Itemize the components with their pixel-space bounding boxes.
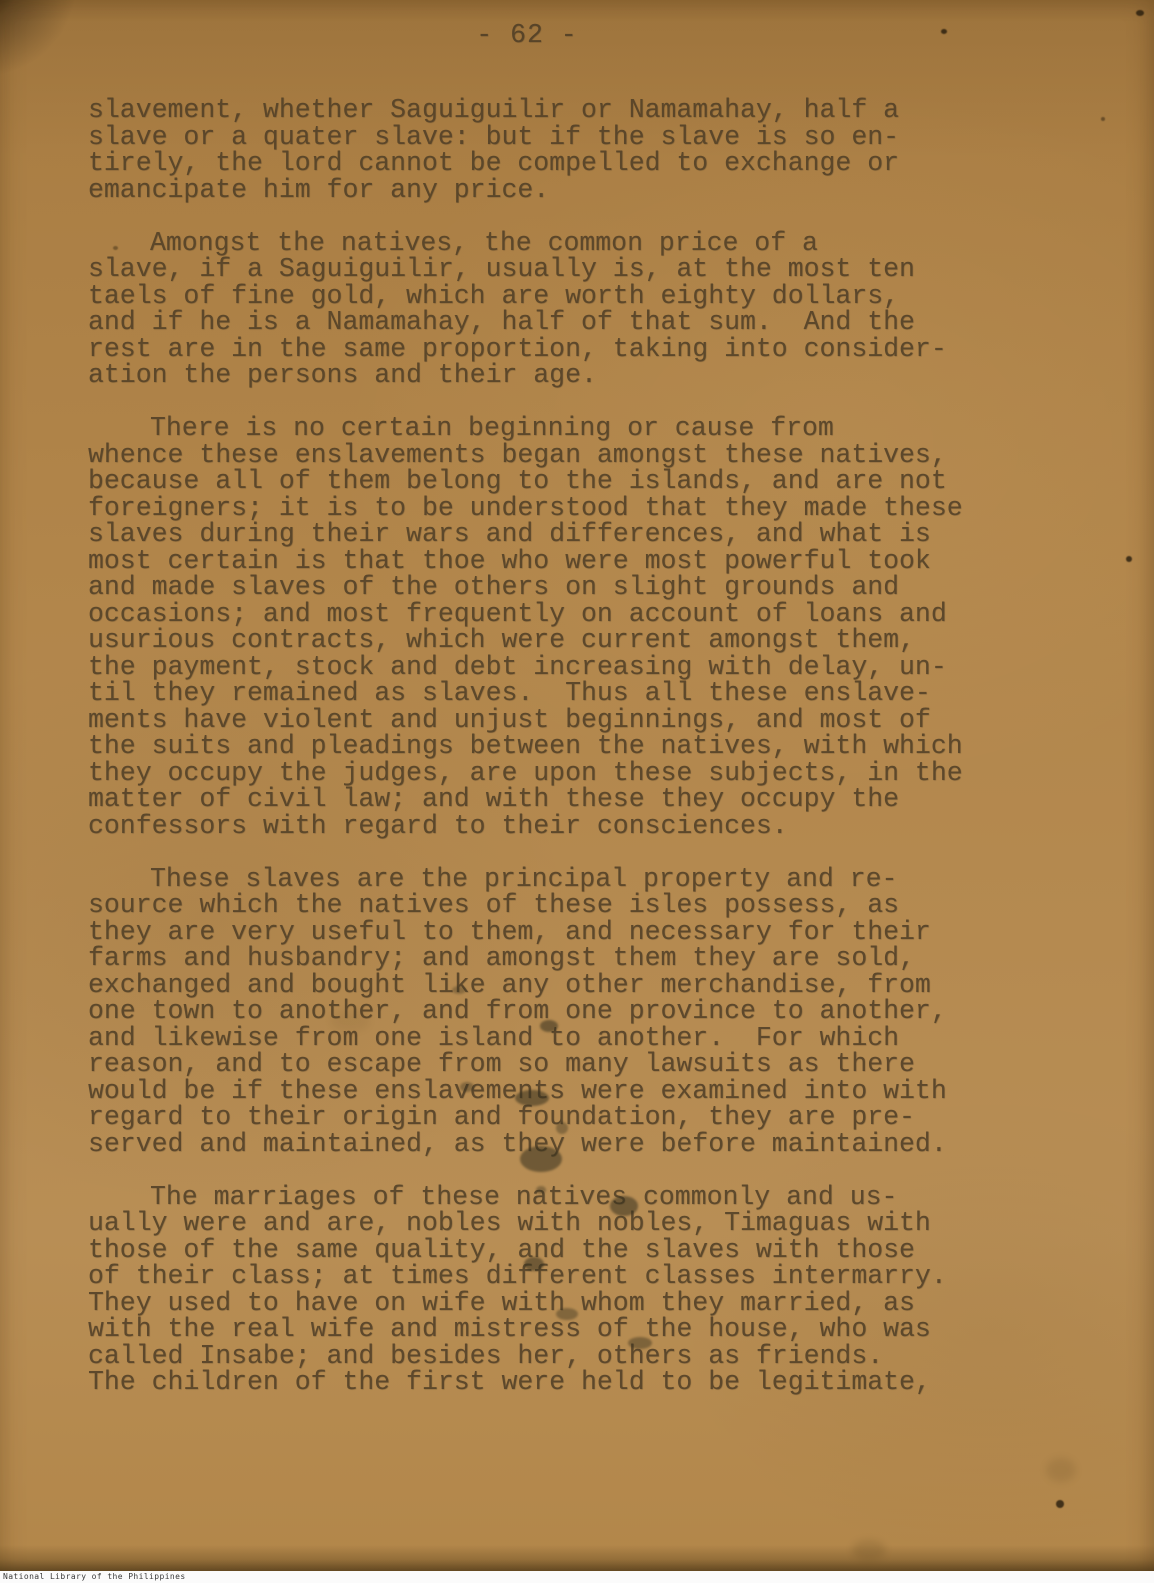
text-line: they occupy the judges, are upon these s…	[88, 760, 1088, 787]
text-line: would be if these enslavements were exam…	[88, 1078, 1088, 1105]
text-line: slave or a quater slave: but if the slav…	[88, 124, 1088, 151]
text-line: ually were and are, nobles with nobles, …	[88, 1210, 1088, 1237]
paragraph: slavement, whether Saguiguilir or Namama…	[88, 97, 1088, 203]
text-line: regard to their origin and foundation, t…	[88, 1104, 1088, 1131]
text-line: the suits and pleadings between the nati…	[88, 733, 1088, 760]
text-line: They used to have on wife with whom they…	[88, 1290, 1088, 1317]
watermark-bar: National Library of the Philippines	[0, 1571, 1154, 1583]
paragraph: The marriages of these natives commonly …	[88, 1184, 1088, 1396]
paper-speck	[1136, 10, 1144, 16]
text-line: tirely, the lord cannot be compelled to …	[88, 150, 1088, 177]
text-line: ments have violent and unjust beginnings…	[88, 707, 1088, 734]
text-line: called Insabe; and besides her, others a…	[88, 1343, 1088, 1370]
text-line: ation the persons and their age.	[88, 362, 1088, 389]
text-line: exchanged and bought like any other merc…	[88, 972, 1088, 999]
text-line: of their class; at times different class…	[88, 1263, 1088, 1290]
text-line: slaves during their wars and differences…	[88, 521, 1088, 548]
text-line: and made slaves of the others on slight …	[88, 574, 1088, 601]
text-line: with the real wife and mistress of the h…	[88, 1316, 1088, 1343]
paragraph: There is no certain beginning or cause f…	[88, 415, 1088, 839]
text-line: These slaves are the principal property …	[88, 866, 1088, 893]
text-line: those of the same quality, and the slave…	[88, 1237, 1088, 1264]
text-line: most certain is that thoe who were most …	[88, 548, 1088, 575]
text-line: Amongst the natives, the common price of…	[88, 230, 1088, 257]
paper-speck	[1101, 117, 1105, 121]
text-line: emancipate him for any price.	[88, 177, 1088, 204]
text-line: slave, if a Saguiguilir, usually is, at …	[88, 256, 1088, 283]
page-number: - 62 -	[0, 20, 1054, 50]
text-line: slavement, whether Saguiguilir or Namama…	[88, 97, 1088, 124]
text-line: foreigners; it is to be understood that …	[88, 495, 1088, 522]
text-line: taels of fine gold, which are worth eigh…	[88, 283, 1088, 310]
watermark-text: National Library of the Philippines	[0, 1571, 1154, 1583]
text-line: reason, and to escape from so many lawsu…	[88, 1051, 1088, 1078]
text-line: The children of the first were held to b…	[88, 1369, 1088, 1396]
text-line: occasions; and most frequently on accoun…	[88, 601, 1088, 628]
paragraph: Amongst the natives, the common price of…	[88, 230, 1088, 389]
text-line: The marriages of these natives commonly …	[88, 1184, 1088, 1211]
text-line: whence these enslavements began amongst …	[88, 442, 1088, 469]
text-line: There is no certain beginning or cause f…	[88, 415, 1088, 442]
text-line: they are very useful to them, and necess…	[88, 919, 1088, 946]
paper-stain	[1046, 1458, 1076, 1482]
text-line: and if he is a Namamahay, half of that s…	[88, 309, 1088, 336]
scanned-document-page: - 62 - slavement, whether Saguiguilir or…	[0, 0, 1154, 1583]
text-line: and likewise from one island to another.…	[88, 1025, 1088, 1052]
text-line: one town to another, and from one provin…	[88, 998, 1088, 1025]
paper-speck	[1056, 1500, 1064, 1508]
text-line: served and maintained, as they were befo…	[88, 1131, 1088, 1158]
text-line: til they remained as slaves. Thus all th…	[88, 680, 1088, 707]
text-line: because all of them belong to the island…	[88, 468, 1088, 495]
page-bottom-shadow	[0, 1545, 1154, 1571]
text-line: confessors with regard to their conscien…	[88, 813, 1088, 840]
paper-stain	[852, 1540, 886, 1560]
text-line: usurious contracts, which were current a…	[88, 627, 1088, 654]
text-line: rest are in the same proportion, taking …	[88, 336, 1088, 363]
text-line: farms and husbandry; and amongst them th…	[88, 945, 1088, 972]
text-block: slavement, whether Saguiguilir or Namama…	[88, 97, 1088, 1422]
paper-speck	[1126, 556, 1132, 562]
text-line: the payment, stock and debt increasing w…	[88, 654, 1088, 681]
text-line: matter of civil law; and with these they…	[88, 786, 1088, 813]
text-line: source which the natives of these isles …	[88, 892, 1088, 919]
paragraph: These slaves are the principal property …	[88, 866, 1088, 1158]
